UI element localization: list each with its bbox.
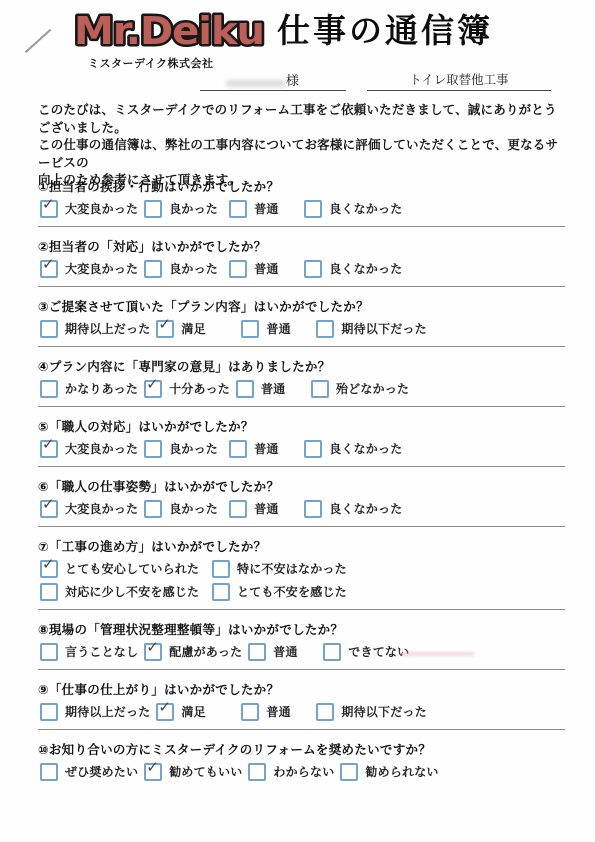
option: 良くなかった bbox=[304, 200, 408, 218]
checkbox[interactable] bbox=[311, 380, 329, 398]
option: わからない bbox=[248, 763, 340, 781]
option: ぜひ奨めたい bbox=[40, 763, 144, 781]
check-mark-icon: ✓ bbox=[146, 760, 159, 775]
option: ✓配慮があった bbox=[144, 643, 248, 661]
checkbox[interactable] bbox=[144, 260, 162, 278]
option-label: 普通 bbox=[273, 643, 297, 660]
option-label: とても不安を感じた bbox=[237, 583, 347, 600]
checkbox[interactable] bbox=[241, 320, 259, 338]
checkbox[interactable] bbox=[229, 500, 247, 518]
check-mark-icon: ✓ bbox=[42, 557, 55, 572]
option: ✓勧めてもいい bbox=[144, 763, 248, 781]
checkbox[interactable]: ✓ bbox=[40, 560, 58, 578]
option: 勧められない bbox=[340, 763, 444, 781]
option: 期待以下だった bbox=[316, 703, 432, 721]
checkbox[interactable]: ✓ bbox=[40, 500, 58, 518]
options-row: ぜひ奨めたい✓勧めてもいいわからない勧められない bbox=[38, 762, 565, 781]
scan-artifact-pink bbox=[400, 652, 474, 656]
checkbox[interactable]: ✓ bbox=[144, 763, 162, 781]
option: 良くなかった bbox=[304, 500, 408, 518]
check-mark-icon: ✓ bbox=[42, 197, 55, 212]
option-label: 言うことなし bbox=[65, 643, 138, 660]
option-label: 期待以下だった bbox=[341, 320, 426, 337]
intro-line: このたびは、ミスターデイクでのリフォーム工事をご依頼いただきまして、誠にありがと… bbox=[38, 102, 568, 137]
checkbox[interactable] bbox=[323, 643, 341, 661]
option-label: 良くなかった bbox=[329, 200, 402, 217]
project-type-label: トイレ取替他工事 bbox=[409, 70, 508, 88]
option: 良くなかった bbox=[304, 440, 408, 458]
option: ✓大変良かった bbox=[40, 260, 144, 278]
question-title: ⑦「工事の進め方」はいかがでしたか？ bbox=[38, 540, 565, 554]
option-label: 良くなかった bbox=[329, 260, 402, 277]
option: 期待以上だった bbox=[40, 320, 156, 338]
checkbox[interactable] bbox=[212, 560, 230, 578]
option-label: 良かった bbox=[169, 200, 218, 217]
options-row: ✓大変良かった良かった普通良くなかった bbox=[38, 259, 565, 278]
checkbox[interactable]: ✓ bbox=[40, 260, 58, 278]
checkbox[interactable]: ✓ bbox=[40, 440, 58, 458]
option-label: 普通 bbox=[254, 500, 278, 517]
checkbox[interactable] bbox=[229, 260, 247, 278]
option-label: 良かった bbox=[169, 500, 218, 517]
option: かなりあった bbox=[40, 380, 144, 398]
customer-name-field: 様 bbox=[200, 72, 346, 91]
question-title: ②担当者の「対応」はいかがでしたか？ bbox=[38, 240, 565, 254]
option: 言うことなし bbox=[40, 643, 144, 661]
option-label: 大変良かった bbox=[65, 200, 138, 217]
section-divider bbox=[38, 406, 565, 407]
option: 期待以下だった bbox=[316, 320, 432, 338]
check-mark-icon: ✓ bbox=[146, 640, 159, 655]
option-label: 十分あった bbox=[169, 380, 230, 397]
question-block: ⑩お知り合いの方にミスターデイクのリフォームを奨めたいですか？ぜひ奨めたい✓勧め… bbox=[38, 743, 565, 781]
option: 特に不安はなかった bbox=[212, 560, 353, 578]
option: とても不安を感じた bbox=[212, 583, 353, 601]
pen-slash-mark bbox=[25, 29, 52, 53]
question-title: ⑧現場の「管理状況整理整頓等」はいかがでしたか？ bbox=[38, 623, 565, 637]
option-label: 満足 bbox=[181, 320, 205, 337]
question-block: ⑥「職人の仕事姿勢」はいかがでしたか？✓大変良かった良かった普通良くなかった bbox=[38, 480, 565, 527]
customer-honorific: 様 bbox=[286, 70, 299, 89]
question-title: ⑤「職人の対応」はいかがでしたか？ bbox=[38, 420, 565, 434]
questions: ①担当者の挨拶・行動はいかがでしたか？✓大変良かった良かった普通良くなかった②担… bbox=[38, 180, 565, 781]
option: 普通 bbox=[229, 200, 304, 218]
checkbox[interactable] bbox=[304, 440, 322, 458]
option-label: わからない bbox=[273, 763, 334, 780]
option-label: 期待以上だった bbox=[65, 320, 150, 337]
option: 殆どなかった bbox=[311, 380, 415, 398]
mr-deiku-logo: Mr.Deiku bbox=[70, 2, 268, 58]
option-label: 対応に少し不安を感じた bbox=[65, 583, 199, 600]
checkbox[interactable] bbox=[316, 703, 334, 721]
option-label: 大変良かった bbox=[65, 440, 138, 457]
option-label: ぜひ奨めたい bbox=[65, 763, 138, 780]
option: 普通 bbox=[229, 440, 304, 458]
section-divider bbox=[38, 346, 565, 347]
section-divider bbox=[38, 466, 565, 467]
intro-paragraph: このたびは、ミスターデイクでのリフォーム工事をご依頼いただきまして、誠にありがと… bbox=[38, 102, 568, 190]
option: 良かった bbox=[144, 500, 229, 518]
checkbox[interactable] bbox=[144, 500, 162, 518]
option-label: 期待以上だった bbox=[65, 703, 150, 720]
option: 普通 bbox=[241, 320, 316, 338]
checkbox[interactable] bbox=[144, 440, 162, 458]
option: ✓大変良かった bbox=[40, 440, 144, 458]
checkbox[interactable] bbox=[144, 200, 162, 218]
options-row: ✓大変良かった良かった普通良くなかった bbox=[38, 499, 565, 518]
question-title: ⑥「職人の仕事姿勢」はいかがでしたか？ bbox=[38, 480, 565, 494]
checkbox[interactable] bbox=[229, 440, 247, 458]
question-block: ⑤「職人の対応」はいかがでしたか？✓大変良かった良かった普通良くなかった bbox=[38, 420, 565, 467]
checkbox[interactable] bbox=[40, 643, 58, 661]
question-block: ⑨「仕事の仕上がり」はいかがでしたか？期待以上だった✓満足普通期待以下だった bbox=[38, 683, 565, 730]
question-title: ①担当者の挨拶・行動はいかがでしたか？ bbox=[38, 180, 565, 194]
question-block: ①担当者の挨拶・行動はいかがでしたか？✓大変良かった良かった普通良くなかった bbox=[38, 180, 565, 227]
option: ✓大変良かった bbox=[40, 500, 144, 518]
option: 普通 bbox=[236, 380, 311, 398]
option: 普通 bbox=[241, 703, 316, 721]
option: ✓十分あった bbox=[144, 380, 236, 398]
checkbox[interactable] bbox=[40, 583, 58, 601]
option: ✓大変良かった bbox=[40, 200, 144, 218]
option-label: 普通 bbox=[266, 320, 290, 337]
check-mark-icon: ✓ bbox=[158, 317, 171, 332]
logo-text: Mr.Deiku bbox=[74, 9, 264, 53]
section-divider bbox=[38, 609, 565, 610]
checkbox[interactable] bbox=[316, 320, 334, 338]
check-mark-icon: ✓ bbox=[42, 257, 55, 272]
section-divider bbox=[38, 669, 565, 670]
option-label: 良かった bbox=[169, 260, 218, 277]
option-label: 殆どなかった bbox=[336, 380, 409, 397]
option-label: 良くなかった bbox=[329, 500, 402, 517]
checkbox[interactable] bbox=[40, 320, 58, 338]
redacted-name-smudge bbox=[226, 80, 286, 87]
checkbox[interactable] bbox=[248, 643, 266, 661]
question-title: ④プラン内容に「専門家の意見」はありましたか？ bbox=[38, 360, 565, 374]
options-row: ✓とても安心していられた特に不安はなかった bbox=[38, 559, 565, 578]
checkbox[interactable]: ✓ bbox=[144, 643, 162, 661]
section-divider bbox=[38, 729, 565, 730]
option: 期待以上だった bbox=[40, 703, 156, 721]
option-label: 普通 bbox=[254, 260, 278, 277]
question-block: ⑦「工事の進め方」はいかがでしたか？✓とても安心していられた特に不安はなかった対… bbox=[38, 540, 565, 610]
option: 良かった bbox=[144, 200, 229, 218]
option: 良かった bbox=[144, 440, 229, 458]
scanned-survey-page: Mr.Deiku 仕事の通信簿 ミスターデイク株式会社 様 トイレ取替他工事 こ… bbox=[0, 0, 595, 842]
section-divider bbox=[38, 526, 565, 527]
option-label: 配慮があった bbox=[169, 643, 242, 660]
option-label: 大変良かった bbox=[65, 260, 138, 277]
option: ✓満足 bbox=[156, 320, 241, 338]
option: 良くなかった bbox=[304, 260, 408, 278]
option: 普通 bbox=[248, 643, 323, 661]
checkbox[interactable] bbox=[241, 703, 259, 721]
options-row: 対応に少し不安を感じたとても不安を感じた bbox=[38, 582, 565, 601]
option: 普通 bbox=[229, 500, 304, 518]
question-block: ⑧現場の「管理状況整理整頓等」はいかがでしたか？言うことなし✓配慮があった普通で… bbox=[38, 623, 565, 670]
option: ✓満足 bbox=[156, 703, 241, 721]
section-divider bbox=[38, 286, 565, 287]
check-mark-icon: ✓ bbox=[42, 497, 55, 512]
option-label: 期待以下だった bbox=[341, 703, 426, 720]
checkbox[interactable] bbox=[248, 763, 266, 781]
check-mark-icon: ✓ bbox=[158, 700, 171, 715]
checkbox[interactable] bbox=[229, 200, 247, 218]
checkbox[interactable] bbox=[40, 703, 58, 721]
option: 対応に少し不安を感じた bbox=[40, 583, 212, 601]
checkbox[interactable]: ✓ bbox=[156, 703, 174, 721]
question-block: ②担当者の「対応」はいかがでしたか？✓大変良かった良かった普通良くなかった bbox=[38, 240, 565, 287]
checkbox[interactable] bbox=[236, 380, 254, 398]
checkbox[interactable]: ✓ bbox=[144, 380, 162, 398]
option-label: とても安心していられた bbox=[65, 560, 199, 577]
checkbox[interactable] bbox=[212, 583, 230, 601]
options-row: 期待以上だった✓満足普通期待以下だった bbox=[38, 702, 565, 721]
page-title: 仕事の通信簿 bbox=[277, 5, 493, 52]
checkbox[interactable] bbox=[40, 380, 58, 398]
options-row: 言うことなし✓配慮があった普通できてない bbox=[38, 642, 565, 661]
question-block: ④プラン内容に「専門家の意見」はありましたか？かなりあった✓十分あった普通殆どな… bbox=[38, 360, 565, 407]
section-divider bbox=[38, 226, 565, 227]
check-mark-icon: ✓ bbox=[42, 437, 55, 452]
option-label: 普通 bbox=[261, 380, 285, 397]
option-label: 良かった bbox=[169, 440, 218, 457]
options-row: かなりあった✓十分あった普通殆どなかった bbox=[38, 379, 565, 398]
option-label: 勧めてもいい bbox=[169, 763, 242, 780]
company-name: ミスターデイク株式会社 bbox=[88, 55, 214, 71]
option-label: 普通 bbox=[254, 440, 278, 457]
checkbox[interactable] bbox=[40, 763, 58, 781]
check-mark-icon: ✓ bbox=[146, 377, 159, 392]
option-label: 勧められない bbox=[365, 763, 438, 780]
options-row: ✓大変良かった良かった普通良くなかった bbox=[38, 439, 565, 458]
checkbox[interactable] bbox=[304, 260, 322, 278]
option: 良かった bbox=[144, 260, 229, 278]
question-title: ③ご提案させて頂いた「プラン内容」はいかがでしたか？ bbox=[38, 300, 565, 314]
option: 普通 bbox=[229, 260, 304, 278]
intro-line: この仕事の通信簿は、弊社の工事内容についてお客様に評価していただくことで、更なる… bbox=[38, 137, 568, 172]
option-label: 大変良かった bbox=[65, 500, 138, 517]
checkbox[interactable]: ✓ bbox=[40, 200, 58, 218]
checkbox[interactable] bbox=[304, 200, 322, 218]
checkbox[interactable] bbox=[304, 500, 322, 518]
option-label: 満足 bbox=[181, 703, 205, 720]
option: ✓とても安心していられた bbox=[40, 560, 212, 578]
options-row: ✓大変良かった良かった普通良くなかった bbox=[38, 199, 565, 218]
question-title: ⑩お知り合いの方にミスターデイクのリフォームを奨めたいですか？ bbox=[38, 743, 565, 757]
question-title: ⑨「仕事の仕上がり」はいかがでしたか？ bbox=[38, 683, 565, 697]
option-label: 普通 bbox=[254, 200, 278, 217]
project-type-field: トイレ取替他工事 bbox=[367, 72, 551, 91]
option-label: かなりあった bbox=[65, 380, 138, 397]
checkbox[interactable]: ✓ bbox=[156, 320, 174, 338]
option-label: 良くなかった bbox=[329, 440, 402, 457]
option-label: 普通 bbox=[266, 703, 290, 720]
options-row: 期待以上だった✓満足普通期待以下だった bbox=[38, 319, 565, 338]
question-block: ③ご提案させて頂いた「プラン内容」はいかがでしたか？期待以上だった✓満足普通期待… bbox=[38, 300, 565, 347]
checkbox[interactable] bbox=[340, 763, 358, 781]
option-label: 特に不安はなかった bbox=[237, 560, 347, 577]
